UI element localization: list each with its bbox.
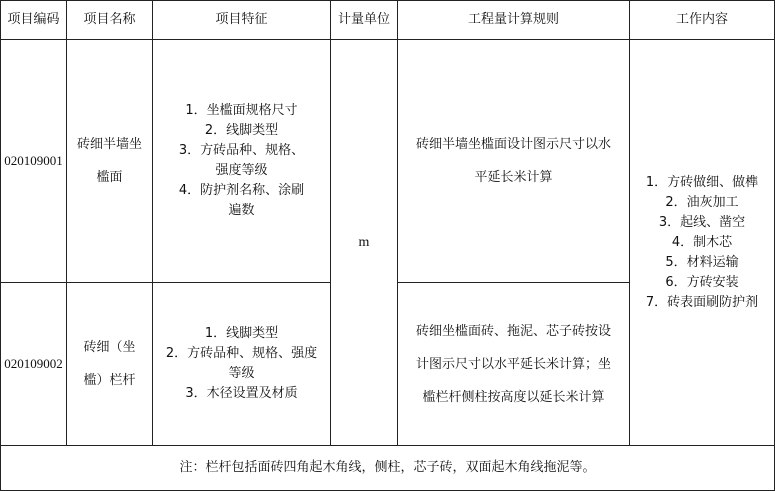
header-item-code: 项目编码: [1, 1, 66, 39]
row2-item-name: 砖细（坐 槛）栏杆: [67, 283, 152, 445]
row1-item-name: 砖细半墙坐 槛面: [67, 40, 152, 282]
row1-item-code: 020109001: [1, 40, 66, 282]
header-unit: 计量单位: [331, 1, 397, 39]
unit-merged: m: [331, 40, 397, 445]
header-item-name: 项目名称: [67, 1, 152, 39]
border-col2: [152, 0, 153, 446]
table-note: 注：栏杆包括面砖四角起木角线，侧柱，芯子砖，双面起木角线拖泥等。: [1, 446, 774, 490]
border-row1-bottom-left: [0, 282, 331, 283]
border-top: [0, 0, 775, 1]
border-col3: [330, 0, 331, 446]
row1-item-features: 1．坐槛面规格尺寸 2．线脚类型 3．方砖品种、规格、 强度等级 4．防护剂名称…: [153, 40, 330, 282]
border-row1-bottom-mid: [397, 282, 630, 283]
header-quantity-rule: 工程量计算规则: [398, 1, 629, 39]
row2-item-features: 1．线脚类型 2．方砖品种、规格、强度 等级 3．木径设置及材质: [153, 283, 330, 445]
border-col5: [629, 0, 630, 446]
row1-quantity-rule: 砖细半墙坐槛面设计图示尺寸以水 平延长米计算: [398, 40, 629, 282]
header-work-content: 工作内容: [630, 1, 774, 39]
border-col1: [66, 0, 67, 446]
header-item-features: 项目特征: [153, 1, 330, 39]
border-row2-bottom: [0, 445, 775, 446]
quantity-rules-table: 项目编码 项目名称 项目特征 计量单位 工程量计算规则 工作内容 0201090…: [0, 0, 775, 491]
border-col4: [397, 0, 398, 446]
work-content-merged: 1．方砖做细、做榫 2．油灰加工 3．起线、凿空 4．制木芯 5．材料运输 6．…: [630, 40, 774, 445]
border-left: [0, 0, 1, 491]
row2-item-code: 020109002: [1, 283, 66, 445]
border-header-bottom: [0, 39, 775, 40]
row2-quantity-rule: 砖细坐槛面砖、拖泥、芯子砖按设 计图示尺寸以水平延长米计算；坐 槛栏杆侧柱按高度…: [398, 283, 629, 445]
